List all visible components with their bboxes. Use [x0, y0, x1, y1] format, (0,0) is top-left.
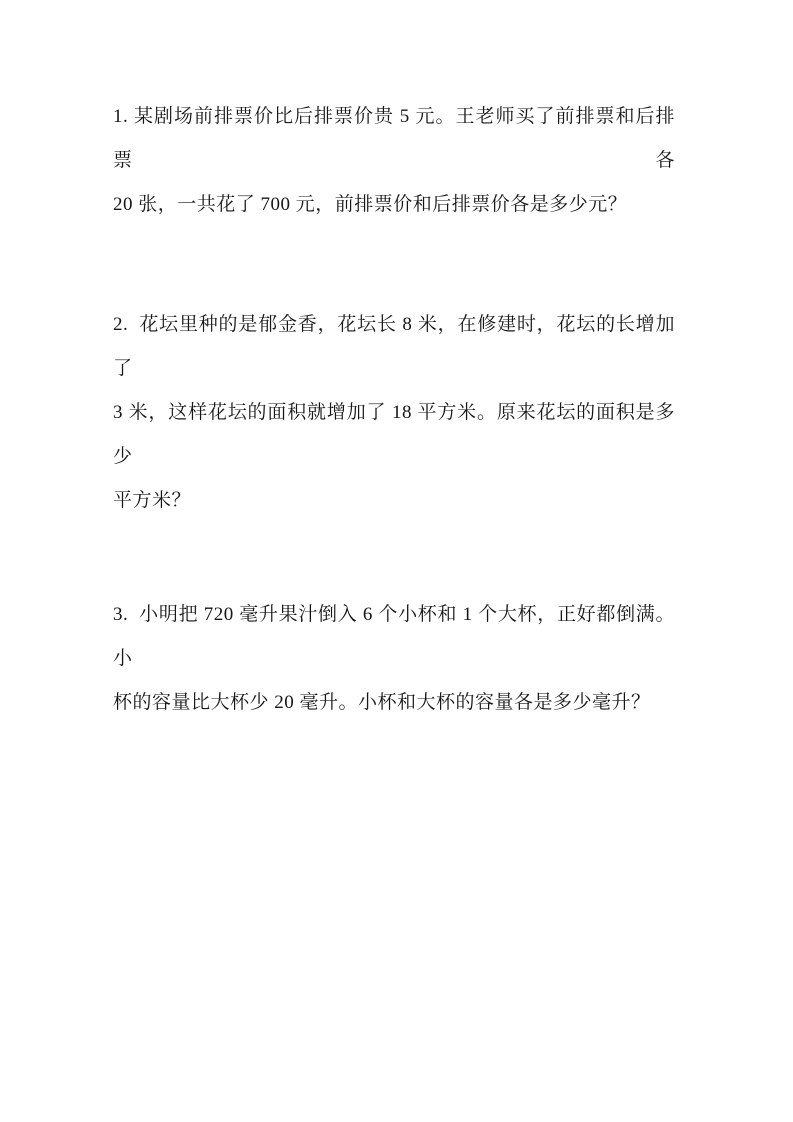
problem-1: 1. 某剧场前排票价比后排票价贵 5 元。王老师买了前排票和后排票各 20 张，… — [113, 95, 675, 227]
problem-3-line-1: 3. 小明把 720 毫升果汁倒入 6 个小杯和 1 个大杯，正好都倒满。小 — [113, 593, 675, 681]
problem-2-line-3: 平方米？ — [113, 479, 675, 523]
problem-2: 2. 花坛里种的是郁金香，花坛长 8 米，在修建时，花坛的长增加了 3 米，这样… — [113, 303, 675, 523]
problem-3-line-2: 杯的容量比大杯少 20 毫升。小杯和大杯的容量各是多少毫升？ — [113, 681, 675, 725]
problem-1-line-1: 1. 某剧场前排票价比后排票价贵 5 元。王老师买了前排票和后排票各 — [113, 95, 675, 183]
problem-1-line-2: 20 张，一共花了 700 元，前排票价和后排票价各是多少元？ — [113, 183, 675, 227]
document-page: 1. 某剧场前排票价比后排票价贵 5 元。王老师买了前排票和后排票各 20 张，… — [0, 0, 793, 1122]
problem-2-line-2: 3 米，这样花坛的面积就增加了 18 平方米。原来花坛的面积是多少 — [113, 391, 675, 479]
problem-2-line-1: 2. 花坛里种的是郁金香，花坛长 8 米，在修建时，花坛的长增加了 — [113, 303, 675, 391]
problem-3: 3. 小明把 720 毫升果汁倒入 6 个小杯和 1 个大杯，正好都倒满。小 杯… — [113, 593, 675, 725]
